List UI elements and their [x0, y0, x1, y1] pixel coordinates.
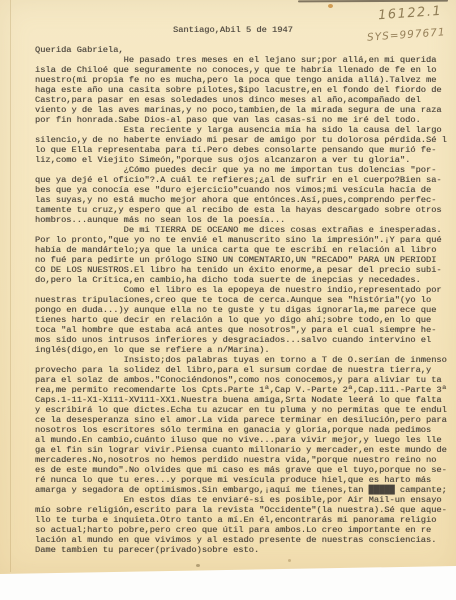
paper-stain — [288, 559, 291, 562]
letter-body-line: nosotros los escritores sólo termina en … — [35, 425, 450, 435]
letter-body-line: CO DE LOS NUESTROS.El libro ha tenido un… — [35, 265, 450, 275]
letter-paper: 16122.1 SYS=997671 Santiago,Abil 5 de 19… — [0, 0, 456, 574]
letter-body-line: so actual;harto pobre,pero creo que útil… — [35, 525, 450, 535]
letter-body-line: nuestras tripulaciones,creo que te toca … — [35, 295, 450, 305]
letter-body-line: isla de Chiloé que seguramente no conoce… — [35, 65, 450, 75]
letter-body-line: al mundo.En cambio,cuánto iluso que no v… — [35, 435, 450, 445]
paper-top-edge-shadow — [298, 0, 448, 2]
archival-catalog-number: 16122.1 — [377, 4, 442, 23]
letter-body-line: ¿Cómo puedes decir que ya no me importan… — [35, 165, 450, 175]
typewritten-letter: Santiago,Abil 5 de 1947 Querida Gabriela… — [35, 25, 450, 555]
letter-body-line: no fué para pedirte un prólogo SINO UN C… — [35, 255, 450, 265]
letter-body-line: nuestro(mi propia fe no es mucha,pero la… — [35, 75, 450, 85]
letter-body-line: y escribirá lo que dictes.Echa tu azucar… — [35, 405, 450, 415]
letter-body-line: Castro,para pasar en esas soledades unos… — [35, 95, 450, 105]
letter-body-line: provecho para la solidez del libro,para … — [35, 365, 450, 375]
letter-body-line: He pasado tres meses en el lejano sur;po… — [35, 55, 450, 65]
letter-body-line: Dame tambien tu parecer(privado)sobre es… — [35, 545, 450, 555]
letter-body-line: pongo en duda...)y aunque ella no te gus… — [35, 305, 450, 315]
letter-body-line: mos sido unos intrusos inferiores y desg… — [35, 335, 450, 345]
letter-body-line: las suyas,y no está mucho mejor ahora qu… — [35, 195, 450, 205]
letter-body-line: silencio,y de no haberte enviado mi pesa… — [35, 135, 450, 145]
letter-body-line: Por lo pronto,"que yo no te envié el man… — [35, 235, 450, 245]
letter-body-line: para el solaz de ambos."Conociéndonos",c… — [35, 375, 450, 385]
letter-body-line: ré nunca lo que tu eres...y porque mi ve… — [35, 475, 450, 485]
letter-body-line: Esta reciente y larga ausencia mía ha si… — [35, 125, 450, 135]
letter-body-line: que ya dejé el oficio"?.A cuál te refier… — [35, 175, 450, 185]
letter-body-line: lación al mundo en que vivimos y al esta… — [35, 535, 450, 545]
letter-body-line: bes que ya conocía ese "duro ejercicio"c… — [35, 185, 450, 195]
letter-body-line: tamente tu cruz,y espero que al recibo d… — [35, 205, 450, 215]
letter-dateline: Santiago,Abil 5 de 1947 — [35, 25, 450, 35]
letter-body-line: hombros...aunque más no sean los de la p… — [35, 215, 450, 225]
letter-body-line: ce la desesperanza sino el amor.La vida … — [35, 415, 450, 425]
letter-body-line: llo te turba e inquieta.Otro tanto a mí.… — [35, 515, 450, 525]
letter-body-line: es de este mundo".No olvides que mi caso… — [35, 465, 450, 475]
letter-body-line: Como el libro es la epopeya de nuestro i… — [35, 285, 450, 295]
letter-body-line: Caps.1-11-X1-X111-XV111-XX1.Nuestra buen… — [35, 395, 450, 405]
letter-body-line: De mi TIERRA DE OCEANO me dices cosas ex… — [35, 225, 450, 235]
letter-body-line: mercaderes.No,nosotros no hemos perdido … — [35, 455, 450, 465]
letter-body-line: mío sobre religión,escrito para la revis… — [35, 505, 450, 515]
letter-body-line: tienes harto que decir en relación a lo … — [35, 315, 450, 325]
scanned-letter-page: 16122.1 SYS=997671 Santiago,Abil 5 de 19… — [0, 0, 456, 600]
letter-salutation: Querida Gabriela, — [35, 45, 450, 55]
letter-body-line: Insisto;dos palabras tuyas en torno a T … — [35, 355, 450, 365]
letter-body-line: En estos días te enviaré-si es posible,p… — [35, 495, 450, 505]
letter-body-line: lo que Ella representaba para tí.Pero de… — [35, 145, 450, 155]
paper-stain — [196, 564, 200, 567]
letter-body-line: do,pero la Crítica,en cambio,ha dicho to… — [35, 275, 450, 285]
letter-body-line: inglés(digo,en lo que se refiere a n/Mar… — [35, 345, 450, 355]
letter-body-line: por fin honrada.Sabe Dios-al paso que va… — [35, 115, 450, 125]
letter-body-line: haga este año una casita sobre pilotes,$… — [35, 85, 450, 95]
letter-body-lines: He pasado tres meses en el lejano sur;po… — [35, 55, 450, 555]
letter-body-line: liz,como el Viejito Simeón,"porque sus o… — [35, 155, 450, 165]
letter-body-line: ga el fin sin lograr vivir.Piensa cuanto… — [35, 445, 450, 455]
letter-body-line: toca "al hombre que estaba acá antes que… — [35, 325, 450, 335]
letter-body-line: rea,me permito recomendarte los Cpts.Par… — [35, 385, 450, 395]
letter-body-line: amarga y segadora de optimismos.Sin emba… — [35, 485, 450, 495]
letter-body-line: viento y de las aves marinas,y no poco,t… — [35, 105, 450, 115]
paper-stain — [328, 4, 333, 8]
letter-body-line: había de mandártelo;ya que la unica cart… — [35, 245, 450, 255]
line-gap — [35, 35, 450, 45]
paper-left-crease — [10, 0, 11, 572]
